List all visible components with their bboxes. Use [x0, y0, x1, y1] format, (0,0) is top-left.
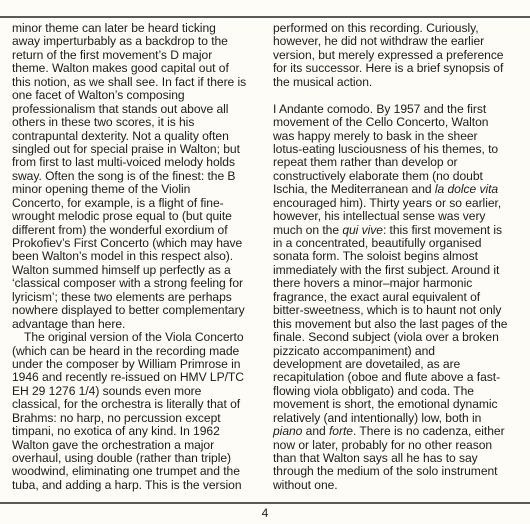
text-line: movement of the Cello Concerto, Walton	[273, 116, 523, 129]
text-line: timpani, no exotica of any kind. In 1962	[12, 425, 262, 438]
text-line: for its successor. Here is a brief synop…	[273, 62, 523, 75]
text-line: contrapuntal dexterity. Not a quality of…	[12, 130, 262, 143]
text-line: overhaul, using double (rather than trip…	[12, 452, 262, 465]
italic-phrase: qui vive	[342, 223, 383, 237]
page-number: 4	[0, 506, 530, 520]
text-line: finale. Second subject (viola over a bro…	[273, 331, 523, 344]
text-line: however, his intellectual sense was very	[273, 210, 523, 223]
text-line: Brahms: no harp, no percussion except	[12, 412, 262, 425]
text-line: repeat them rather than develop or	[273, 156, 523, 169]
text-line: under the composer by William Primrose i…	[12, 358, 262, 371]
text-line: there hovers a minor–major harmonic	[273, 277, 523, 290]
bottom-rule	[0, 502, 530, 504]
text-line: one facet of Walton’s composing	[12, 89, 262, 102]
text-line: been Walton’s model in this respect also…	[12, 250, 262, 263]
text-line: Walton gave the orchestration a major	[12, 439, 262, 452]
text-line: was happy merely to bask in the sheer	[273, 130, 523, 143]
text-line: tuba, and adding a harp. This is the ver…	[12, 479, 262, 492]
text-line: classical, for the orchestra is literall…	[12, 398, 262, 411]
paragraph-gap	[273, 89, 523, 102]
italic-phrase: forte	[329, 424, 353, 438]
text-line: EH 29 1276 1/4) sounds even more	[12, 385, 262, 398]
text-line: fragrance, the exact aural equivalent of	[273, 291, 523, 304]
text-line: immediately with the first subject. Arou…	[273, 264, 523, 277]
text-line: wrought melodic prose equal to (but quit…	[12, 210, 262, 223]
text-line: sonata form. The soloist begins almost	[273, 250, 523, 263]
text-line: different from) the wonderful exordium o…	[12, 224, 262, 237]
text-line: through the medium of the solo instrumen…	[273, 465, 523, 478]
text-line: now or later, probably for no other reas…	[273, 439, 523, 452]
italic-phrase: la dolce vita	[435, 182, 498, 196]
text-line: singled out for special praise in Walton…	[12, 143, 262, 156]
text-line: professionalism that stands out above al…	[12, 103, 262, 116]
text-line: return of the first movement’s D major	[12, 49, 262, 62]
text-line: bitter-sweetness, which is to haunt not …	[273, 304, 523, 317]
text-segment: and	[302, 424, 329, 438]
text-line: encouraged him). Thirty years or so earl…	[273, 197, 523, 210]
text-line: minor theme can later be heard ticking	[12, 22, 262, 35]
text-line: theme. Walton makes good capital out of	[12, 62, 262, 75]
text-line: Walton summed himself up perfectly as a	[12, 264, 262, 277]
text-line: minor opening theme of the Violin	[12, 183, 262, 196]
text-line: movement is short, the emotional dynamic	[273, 398, 523, 411]
text-line: ‘classical composer with a strong feelin…	[12, 277, 262, 290]
text-line: version, but merely expressed a preferen…	[273, 49, 523, 62]
text-line: this notion, as we shall see. In fact if…	[12, 76, 262, 89]
movement-heading-line: I Andante comodo. By 1957 and the first	[273, 103, 523, 116]
text-line: Prokofiev’s First Concerto (which may ha…	[12, 237, 262, 250]
text-line: advantage than here.	[12, 318, 262, 331]
text-line: flowing viola obbligato) and coda. The	[273, 385, 523, 398]
text-line: piano and forte. There is no cadenza, ei…	[273, 425, 523, 438]
text-line: away imperturbably as a backdrop to the	[12, 35, 262, 48]
italic-phrase: piano	[273, 424, 302, 438]
text-line: from first to last multi-voiced melody h…	[12, 156, 262, 169]
text-line: lyricism’; these two elements are perhap…	[12, 291, 262, 304]
top-rule	[0, 16, 530, 18]
text-line: recapitulation (oboe and flute above a f…	[273, 371, 523, 384]
text-line: (which can be heard in the recording mad…	[12, 345, 262, 358]
text-line: Concerto, for example, is a flight of fi…	[12, 197, 262, 210]
right-column: performed on this recording. Curiously, …	[273, 22, 523, 492]
text-line: much on the qui vive: this first movemen…	[273, 224, 523, 237]
text-line: performed on this recording. Curiously,	[273, 22, 523, 35]
text-line: lotus-eating lusciousness of his themes,…	[273, 143, 523, 156]
text-line: pizzicato accompaniment) and	[273, 345, 523, 358]
text-line: nowhere displayed to better complementar…	[12, 304, 262, 317]
left-column: minor theme can later be heard ticking a…	[12, 22, 262, 492]
text-line: however, he did not withdraw the earlier	[273, 35, 523, 48]
text-line: the musical action.	[273, 76, 523, 89]
text-segment: . There is no cadenza, either	[353, 424, 505, 438]
text-line: woodwind, eliminating one trumpet and th…	[12, 465, 262, 478]
text-line: development are dovetailed, as are	[273, 358, 523, 371]
text-segment: Ischia, the Mediterranean and	[273, 182, 435, 196]
text-line: constructively elaborate them (no doubt	[273, 170, 523, 183]
text-line: this movement but also the last pages of…	[273, 318, 523, 331]
text-line: than that Walton says all he has to say	[273, 452, 523, 465]
text-line: relatively (and intentionally) low, both…	[273, 412, 523, 425]
text-segment: much on the	[273, 223, 342, 237]
text-line: others in these two scores, it is his	[12, 116, 262, 129]
text-line: without one.	[273, 479, 523, 492]
text-line: Ischia, the Mediterranean and la dolce v…	[273, 183, 523, 196]
text-line: sway. Often the song is of the finest: t…	[12, 170, 262, 183]
text-line: in a concentrated, beautifully organised	[273, 237, 523, 250]
text-line: 1946 and recently re-issued on HMV LP/TC	[12, 371, 262, 384]
text-line: The original version of the Viola Concer…	[12, 331, 262, 344]
text-segment: : this first movement is	[383, 223, 502, 237]
